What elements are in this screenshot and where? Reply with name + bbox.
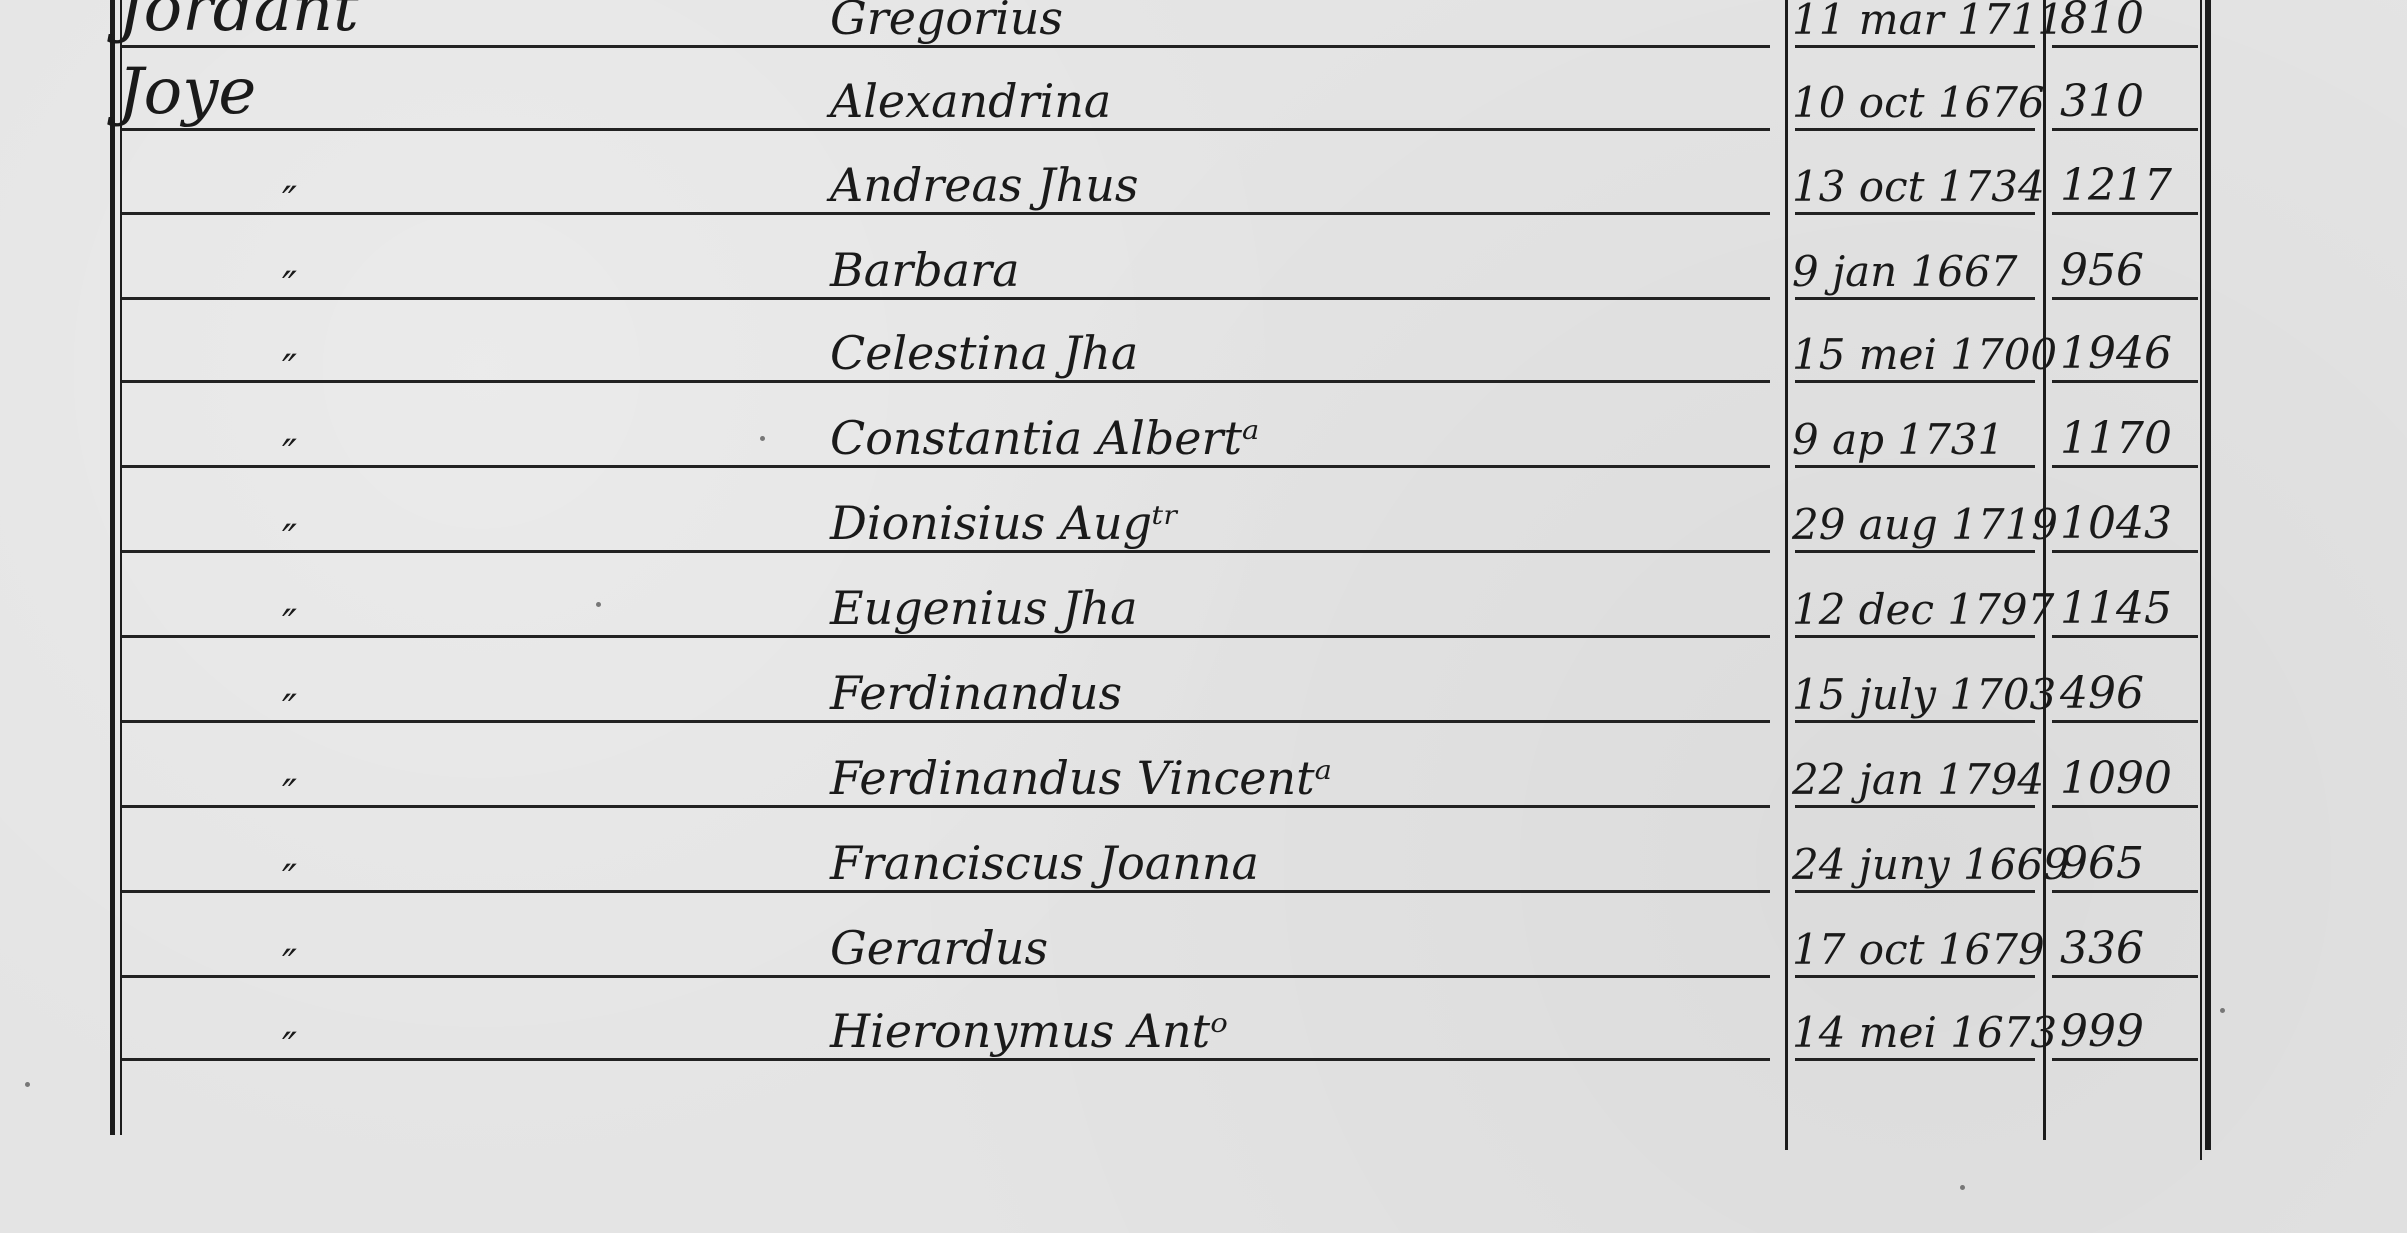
date: 22 jan 1794 [1792,759,2044,801]
date: 17 oct 1679 [1792,929,2045,971]
given-names: Andreas Jhus [830,162,1138,208]
record-number: 810 [2060,0,2144,41]
row-rule [2052,635,2198,638]
given-names: Barbara [830,247,1020,293]
date: 9 jan 1667 [1792,251,2017,293]
record-number: 965 [2060,842,2144,886]
row-rule [1795,890,2035,893]
right-margin-rule-inner [2200,0,2202,1160]
ditto-mark: ″ [282,520,297,560]
given-names: Hieronymus Antᵒ [830,1008,1228,1054]
given-names: Eugenius Jha [830,585,1138,631]
record-number: 496 [2060,672,2144,716]
ditto-mark: ″ [282,945,297,985]
paper-speck [2220,1008,2225,1013]
record-number: 1145 [2060,587,2172,631]
given-names: Gerardus [830,925,1048,971]
row-rule [1795,975,2035,978]
record-number: 1946 [2060,332,2172,376]
record-number: 336 [2060,927,2144,971]
date-column-border [1785,0,1788,1150]
row-rule [122,465,1770,468]
date: 29 aug 1719 [1792,504,2058,546]
given-names: Ferdinandus Vincentᵃ [830,755,1332,801]
row-rule [122,805,1770,808]
row-rule [122,128,1770,131]
ditto-mark: ″ [282,860,297,900]
row-rule [122,550,1770,553]
row-rule [122,45,1770,48]
row-rule [1795,720,2035,723]
surname: Jordant [118,0,359,41]
date: 15 mei 1700 [1792,334,2057,376]
paper-speck [760,436,765,441]
given-names: Franciscus Joanna [830,840,1259,886]
given-names: Celestina Jha [830,330,1138,376]
paper-speck [1960,1185,1965,1190]
left-margin-rule-inner [120,0,122,1135]
row-rule [2052,805,2198,808]
row-rule [1795,380,2035,383]
left-margin-rule [110,0,115,1135]
row-rule [1795,1058,2035,1061]
ditto-mark: ″ [282,267,297,307]
record-number: 1217 [2060,164,2172,208]
date: 13 oct 1734 [1792,166,2045,208]
row-rule [2052,465,2198,468]
row-rule [2052,1058,2198,1061]
row-rule [2052,720,2198,723]
row-rule [2052,212,2198,215]
date: 9 ap 1731 [1792,419,2004,461]
record-number: 1090 [2060,757,2172,801]
row-rule [1795,805,2035,808]
row-rule [1795,297,2035,300]
row-rule [122,975,1770,978]
row-rule [122,380,1770,383]
row-rule [2052,128,2198,131]
register-page: JordantGregorius11 mar 1711810JoyeAlexan… [0,0,2407,1233]
ditto-mark: ″ [282,182,297,222]
row-rule [122,212,1770,215]
paper-speck [25,1082,30,1087]
date: 12 dec 1797 [1792,589,2054,631]
ditto-mark: ″ [282,690,297,730]
row-rule [2052,45,2198,48]
ditto-mark: ″ [282,350,297,390]
given-names: Dionisius Augᵗʳ [830,500,1179,546]
given-names: Alexandrina [830,78,1111,124]
row-rule [2052,550,2198,553]
ditto-mark: ″ [282,435,297,475]
row-rule [122,1058,1770,1061]
ditto-mark: ″ [282,605,297,645]
row-rule [1795,128,2035,131]
record-number: 310 [2060,80,2144,124]
given-names: Gregorius [830,0,1063,41]
row-rule [2052,297,2198,300]
row-rule [1795,212,2035,215]
row-rule [122,720,1770,723]
right-margin-rule [2205,0,2211,1150]
row-rule [122,297,1770,300]
row-rule [1795,635,2035,638]
date: 11 mar 1711 [1792,0,2064,41]
record-number: 1170 [2060,417,2172,461]
date: 10 oct 1676 [1792,82,2045,124]
date: 14 mei 1673 [1792,1012,2057,1054]
row-rule [1795,465,2035,468]
ditto-mark: ″ [282,1028,297,1068]
record-number: 956 [2060,249,2144,293]
row-rule [2052,890,2198,893]
row-rule [1795,550,2035,553]
surname: Joye [118,60,256,124]
date: 15 july 1703 [1792,674,2056,716]
given-names: Constantia Albertᵃ [830,415,1259,461]
given-names: Ferdinandus [830,670,1122,716]
row-rule [2052,380,2198,383]
row-rule [122,890,1770,893]
paper-speck [596,602,601,607]
row-rule [1795,45,2035,48]
row-rule [122,635,1770,638]
date: 24 juny 1669 [1792,844,2070,886]
ditto-mark: ″ [282,775,297,815]
row-rule [2052,975,2198,978]
record-number: 1043 [2060,502,2172,546]
record-number: 999 [2060,1010,2144,1054]
